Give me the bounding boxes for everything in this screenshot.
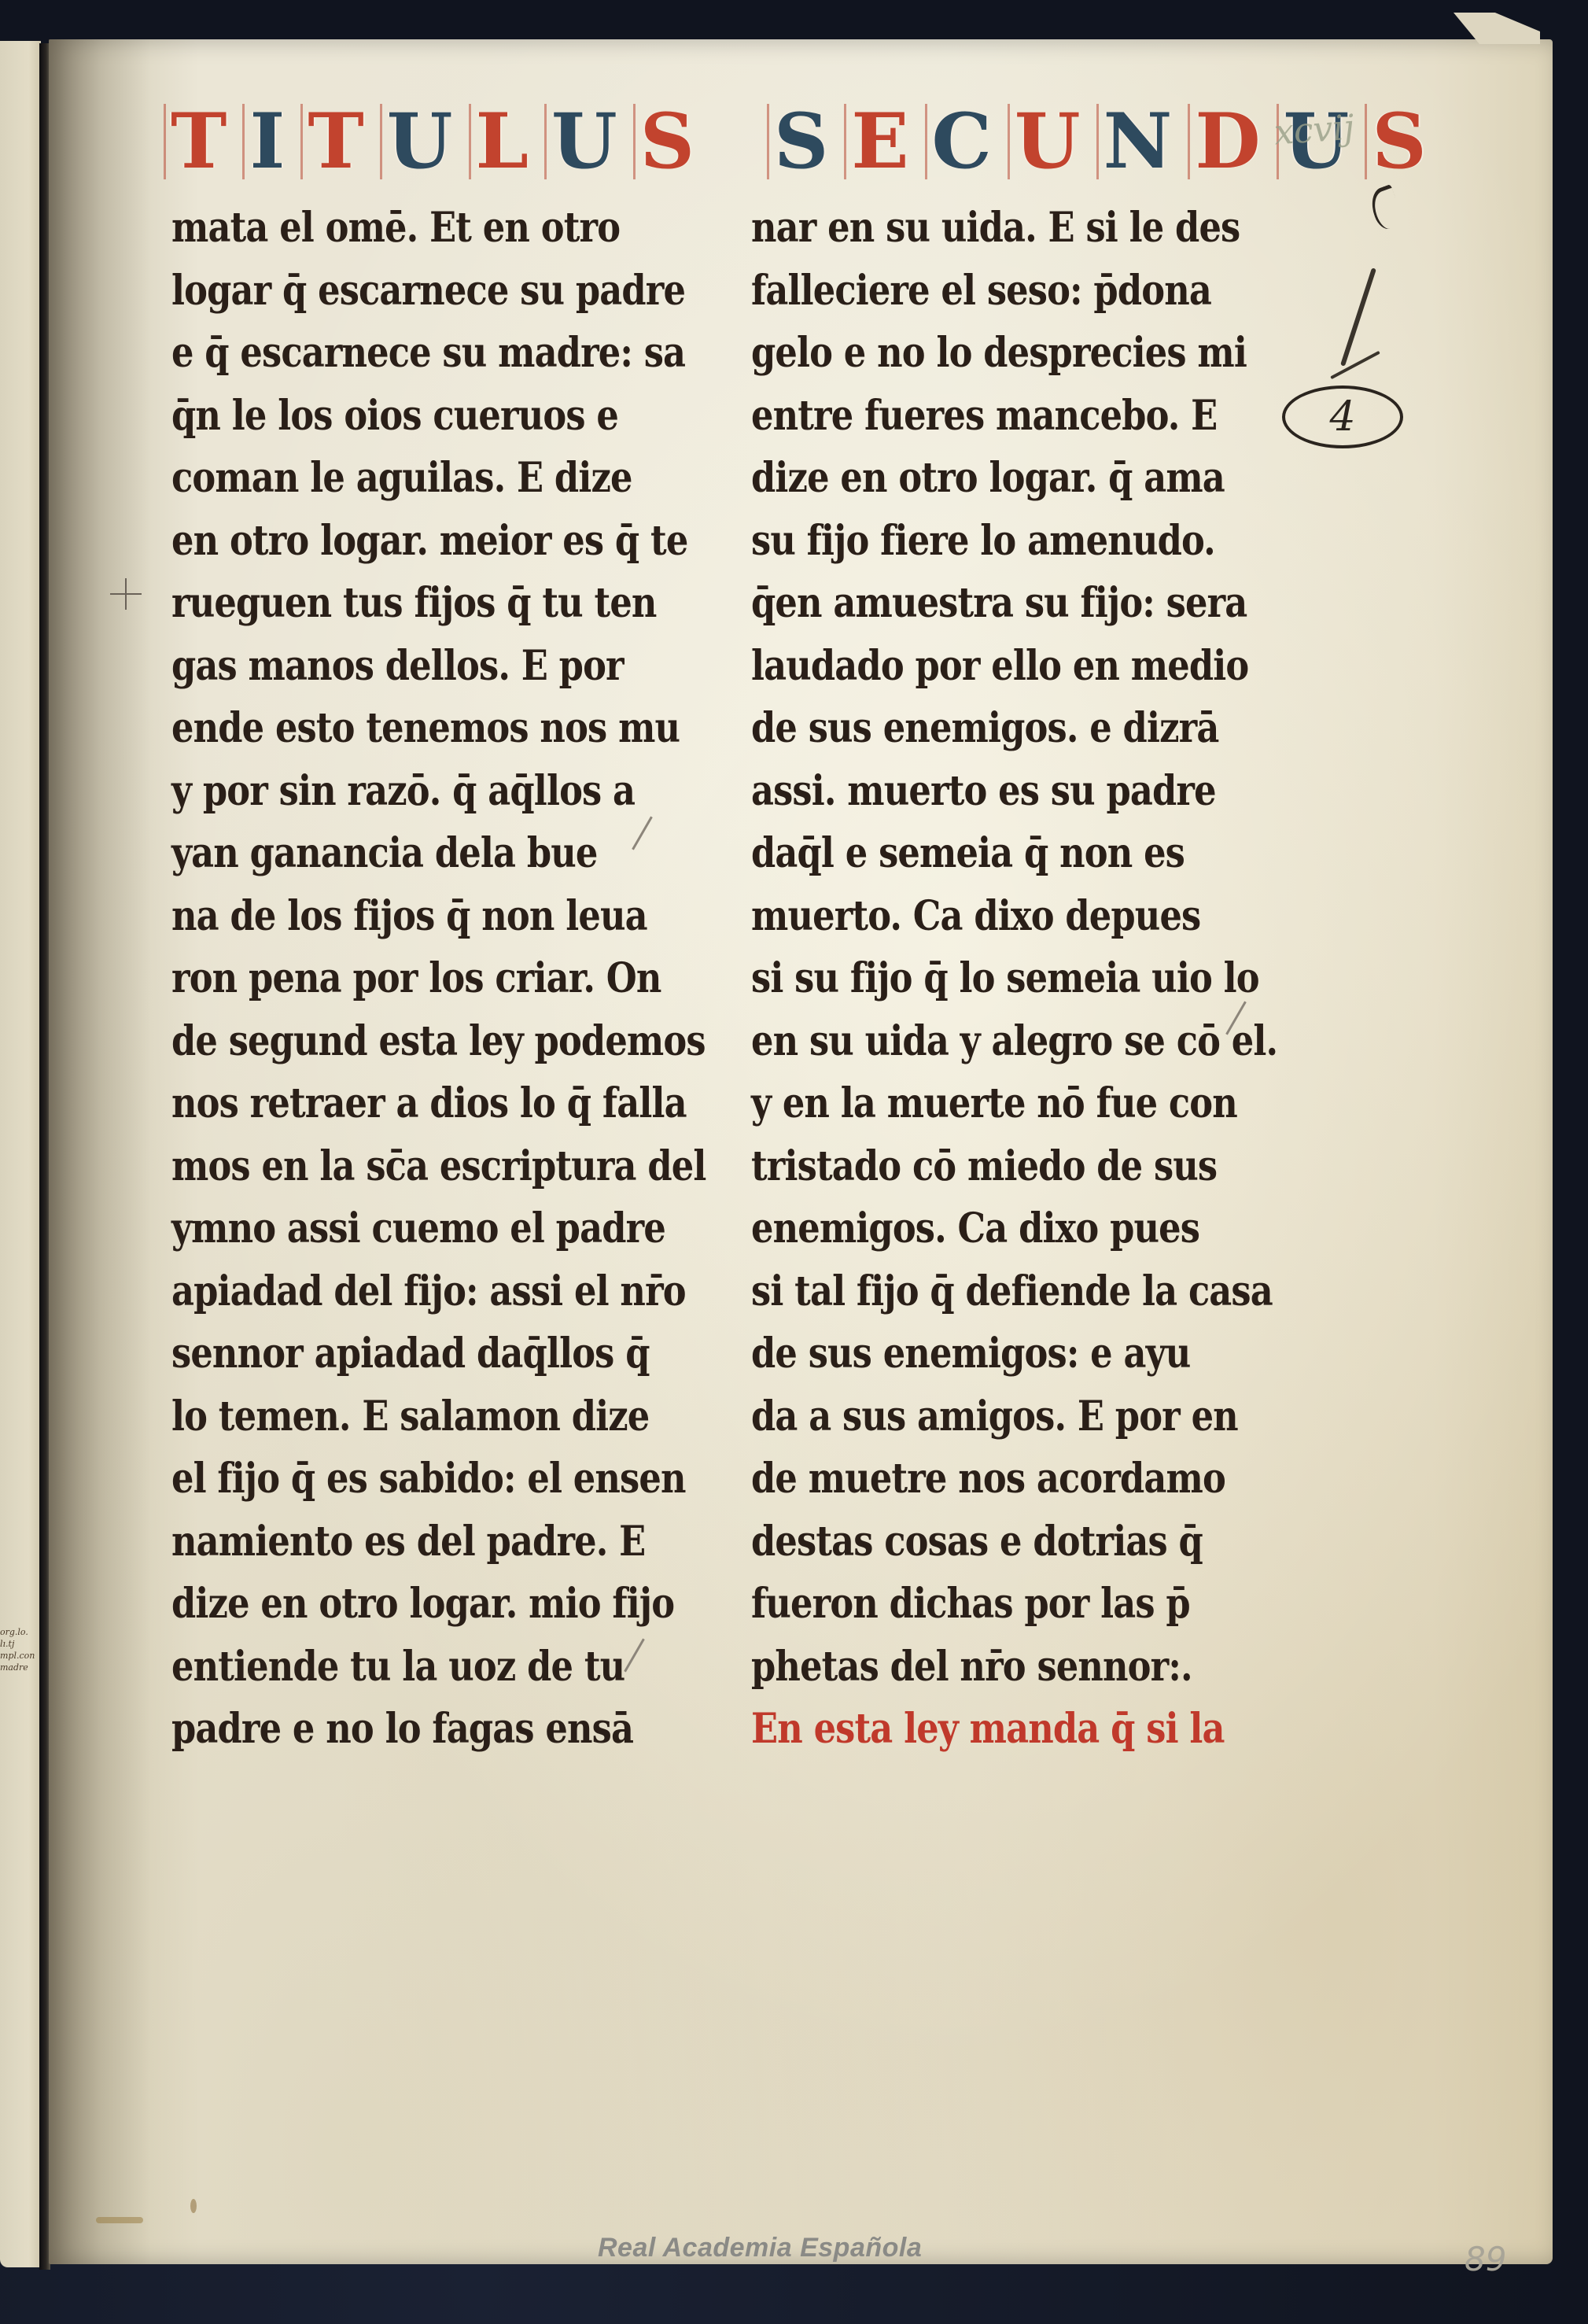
- text-line: rueguen tus fijos q̄ tu ten: [171, 572, 604, 635]
- text-line: de segund esta ley podemos: [171, 1010, 604, 1073]
- text-line: su fijo fiere lo amenudo.: [751, 510, 1184, 573]
- decorated-capital: E: [844, 104, 916, 179]
- text-line: ron pena por los criar. On: [171, 947, 604, 1010]
- text-line: assi. muerto es su padre: [751, 760, 1184, 823]
- circled-number-text: 4: [1329, 393, 1355, 441]
- text-line: tristado cō miedo de sus: [751, 1135, 1184, 1198]
- text-line: e q̄ escarnece su madre: sa: [171, 322, 604, 385]
- text-column-right: nar en su uida. E si le desfalleciere el…: [751, 197, 1255, 1761]
- stain-mark: [96, 2217, 143, 2223]
- text-line: laudado por ello en medio: [751, 635, 1184, 698]
- text-line: muerto. Ca dixo depues: [751, 885, 1184, 948]
- decorated-capital: U: [1008, 104, 1089, 179]
- text-line: destas cosas e dotrias q̄: [751, 1511, 1184, 1573]
- text-line: nos retraer a dios lo q̄ falla: [171, 1072, 604, 1135]
- facing-page-edge: org.lo. lı.tj mpl.con madre: [0, 41, 41, 2267]
- text-line: apiadad del fijo: assi el nr̄o: [171, 1260, 604, 1323]
- text-line: na de los fijos q̄ non leua: [171, 885, 604, 948]
- left-leaf-marginal-note: org.lo. lı.tj mpl.con madre: [0, 1626, 41, 1673]
- text-line: si tal fijo q̄ defiende la casa: [751, 1260, 1184, 1323]
- text-line: en su uida y alegro se cō el.: [751, 1010, 1184, 1073]
- pencil-shelfmark: xcvij: [1273, 108, 1355, 153]
- decorated-capital: U: [544, 104, 625, 179]
- circled-marginal-number: 4: [1282, 385, 1403, 448]
- text-line: entiende tu la uoz de tu: [171, 1636, 604, 1699]
- text-line: mata el omē. Et en otro: [171, 197, 604, 260]
- decorated-capital: L: [469, 104, 537, 179]
- decorated-capital: S: [1365, 104, 1434, 179]
- stain-mark: [190, 2199, 197, 2213]
- text-column-left: mata el omē. Et en otrologar q̄ escarnec…: [171, 197, 675, 1761]
- decorated-capital: C: [925, 104, 1000, 179]
- decorated-capital: N: [1096, 104, 1181, 179]
- text-line: de muetre nos acordamo: [751, 1448, 1184, 1511]
- decorated-capital: T: [300, 104, 371, 179]
- text-line: lo temen. E salamon dize: [171, 1385, 604, 1448]
- decorated-capital: T: [164, 104, 234, 179]
- decorated-capital: S: [767, 104, 836, 179]
- folio-number: 89: [1465, 2240, 1506, 2278]
- text-line: da a sus amigos. E por en: [751, 1385, 1184, 1448]
- text-line: dize en otro logar. q̄ ama: [751, 447, 1184, 510]
- text-line: y en la muerte nō fue con: [751, 1072, 1184, 1135]
- text-line: padre e no lo fagas ensā: [171, 1698, 604, 1761]
- text-line: fueron dichas por las p̄: [751, 1573, 1184, 1636]
- text-line: si su fijo q̄ lo semeia uio lo: [751, 947, 1184, 1010]
- gutter-shadow: [49, 39, 151, 2264]
- text-line: namiento es del padre. E: [171, 1511, 604, 1573]
- text-line: falleciere el seso: p̄dona: [751, 260, 1184, 323]
- text-line: el fijo q̄ es sabido: el ensen: [171, 1448, 604, 1511]
- running-head-titulus: TITULUS: [164, 93, 702, 179]
- text-line: enemigos. Ca dixo pues: [751, 1197, 1184, 1260]
- text-line: phetas del nr̄o sennor:.: [751, 1636, 1184, 1699]
- text-line: ende esto tenemos nos mu: [171, 697, 604, 760]
- text-line: q̄en amuestra su fijo: sera: [751, 572, 1184, 635]
- rubric-line: En esta ley manda q̄ si la: [751, 1698, 1184, 1761]
- text-line: daq̄l e semeia q̄ non es: [751, 822, 1184, 885]
- decorated-capital: I: [242, 104, 293, 179]
- text-line: de sus enemigos: e ayu: [751, 1322, 1184, 1385]
- text-line: en otro logar. meior es q̄ te: [171, 510, 604, 573]
- text-line: coman le aguilas. E dize: [171, 447, 604, 510]
- text-line: yan ganancia dela bue: [171, 822, 604, 885]
- decorated-capital: S: [633, 104, 702, 179]
- text-line: gas manos dellos. E por: [171, 635, 604, 698]
- text-line: dize en otro logar. mio fijo: [171, 1573, 604, 1636]
- text-line: mos en la sc̄a escriptura del: [171, 1135, 604, 1198]
- text-line: ymno assi cuemo el padre: [171, 1197, 604, 1260]
- text-line: logar q̄ escarnece su padre: [171, 260, 604, 323]
- text-line: entre fueres mancebo. E: [751, 385, 1184, 448]
- text-line: q̄n le los oios cueruos e: [171, 385, 604, 448]
- institution-watermark: Real Academia Española: [598, 2233, 922, 2263]
- decorated-capital: U: [380, 104, 461, 179]
- decorated-capital: D: [1188, 104, 1268, 179]
- text-line: nar en su uida. E si le des: [751, 197, 1184, 260]
- text-line: sennor apiadad daq̄llos q̄: [171, 1322, 604, 1385]
- text-line: de sus enemigos. e dizrā: [751, 697, 1184, 760]
- text-line: gelo e no lo desprecies mi: [751, 322, 1184, 385]
- text-line: y por sin razō. q̄ aq̄llos a: [171, 760, 604, 823]
- cross-mark-icon: [110, 578, 142, 610]
